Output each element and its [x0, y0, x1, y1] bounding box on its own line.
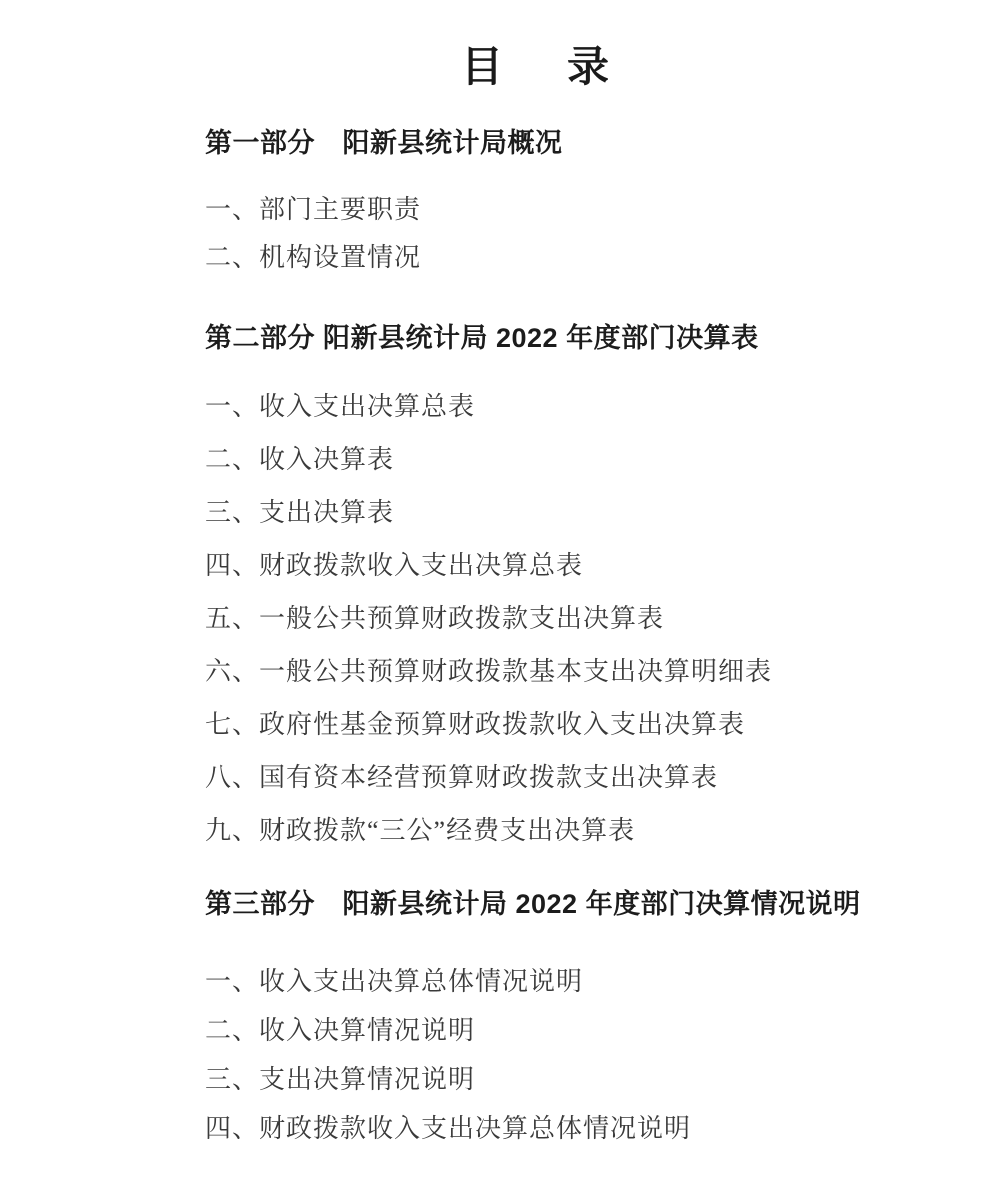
toc-entry: 八、国有资本经营预算财政拨款支出决算表 — [205, 763, 950, 793]
toc-entry: 三、支出决算表 — [205, 498, 950, 528]
toc-entry: 一、收入支出决算总表 — [205, 392, 950, 422]
toc-entry: 二、收入决算情况说明 — [205, 1016, 950, 1046]
page-title: 目 录 — [461, 46, 950, 90]
toc-entry: 三、支出决算情况说明 — [205, 1065, 950, 1095]
toc-entry: 七、政府性基金预算财政拨款收入支出决算表 — [205, 710, 950, 740]
toc-entry: 四、财政拨款收入支出决算总体情况说明 — [205, 1114, 950, 1144]
toc-entry: 四、财政拨款收入支出决算总表 — [205, 551, 950, 581]
section-part-1: 第一部分 阳新县统计局概况 一、部门主要职责 二、机构设置情况 — [205, 127, 950, 273]
section-part-2: 第二部分 阳新县统计局 2022 年度部门决算表 一、收入支出决算总表 二、收入… — [205, 322, 950, 846]
part-1-items: 一、部门主要职责 二、机构设置情况 — [205, 195, 950, 273]
part-2-heading: 第二部分 阳新县统计局 2022 年度部门决算表 — [205, 322, 950, 354]
part-2-items: 一、收入支出决算总表 二、收入决算表 三、支出决算表 四、财政拨款收入支出决算总… — [205, 392, 950, 846]
toc-entry: 一、部门主要职责 — [205, 195, 950, 225]
toc-entry: 一、收入支出决算总体情况说明 — [205, 967, 950, 997]
toc-entry: 九、财政拨款“三公”经费支出决算表 — [205, 816, 950, 846]
toc-entry: 六、一般公共预算财政拨款基本支出决算明细表 — [205, 657, 950, 687]
part-3-items: 一、收入支出决算总体情况说明 二、收入决算情况说明 三、支出决算情况说明 四、财… — [205, 967, 950, 1144]
section-part-3: 第三部分 阳新县统计局 2022 年度部门决算情况说明 一、收入支出决算总体情况… — [205, 888, 950, 1144]
toc-entry: 二、收入决算表 — [205, 445, 950, 475]
toc-entry: 五、一般公共预算财政拨款支出决算表 — [205, 604, 950, 634]
part-1-heading: 第一部分 阳新县统计局概况 — [205, 127, 950, 159]
toc-entry: 二、机构设置情况 — [205, 243, 950, 273]
part-3-heading: 第三部分 阳新县统计局 2022 年度部门决算情况说明 — [205, 888, 950, 920]
toc-page: 目 录 第一部分 阳新县统计局概况 一、部门主要职责 二、机构设置情况 第二部分… — [0, 0, 1000, 1201]
